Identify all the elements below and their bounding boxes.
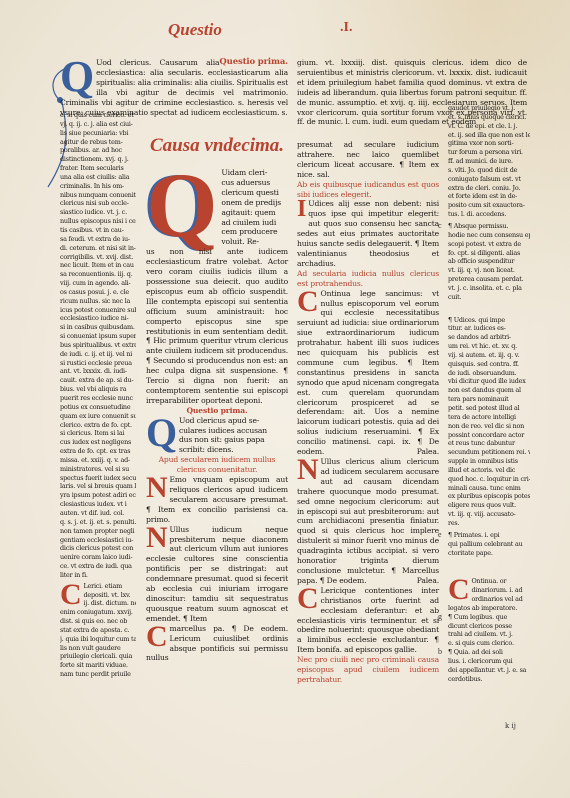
initial-q-blue-2: Q [146,416,177,450]
text-line: culares iudices accusan [179,426,288,436]
gloss-line: frater. Item secularis [60,164,136,173]
gloss-line: si clericus. Item si lai [60,429,136,438]
gloss-line: dicis clericus potest con [60,544,136,553]
gloss-line: fo. cpt. si diligenti. alias [448,249,530,258]
gloss-line: bius. vel vbi aliquis ra [60,385,136,394]
gloss-line: e. si quis cum clerico. et [60,111,136,120]
gloss-line: criminalis. In his om- [60,182,136,191]
gloss-line: siastico iudice. vt. j. c. [60,208,136,217]
gloss-line: nullus episcopus nisi i cer- [60,217,136,226]
col-b-rubric-3: Nec pro ciuili nec pro criminali causa e… [297,655,439,685]
right-gloss-c-lines: ¶ Absque permissu.hodie nec cum consensu… [448,222,530,302]
gloss-line: preterea causam perdat. [448,275,530,284]
initial-c-red: C [60,582,81,608]
gloss-line: una alia est ciuilis: alia [60,173,136,182]
gloss-line: os casus posui. j. e. cle [60,288,136,297]
gloss-line: distinctionem. xvj. q. j. [60,155,136,164]
gloss-line: tur forum a persona viri. [448,148,530,157]
palea-1: Palea. [417,447,439,457]
gloss-line: s. vlti. Jo. quod dicit de [448,166,530,175]
gloss-line: vt. j. c. insolita. et. c. pla [448,284,530,293]
left-gloss-column: e. si quis cum clerico. etvj. q. ij. c. … [60,111,136,679]
gloss-line: vt. iij. q. viij. accusato- [448,510,530,519]
gloss-line: laris. vel si breuis quam la [60,482,136,491]
col-a-body: us non nisi ante iudicem ecclesiasticum … [146,247,288,406]
marker-c: c [438,222,441,231]
initial-q-red-blue: Q [146,166,217,244]
gloss-line: bus spiritualibus. vt extra [60,341,136,350]
gloss-line: se dandos ad arbitri- [448,333,530,342]
gloss-line: gentiam ecclesiastici iu- [60,536,136,545]
initial-c2-red-b: C [297,586,319,612]
main-column-a: Q Uidam cleri-cus aduersusclericum quest… [146,168,288,663]
gloss-line: non tamen propter negli [60,527,136,536]
text-line: Uidam cleri- [221,168,288,178]
initial-n-red: N [146,475,168,501]
gloss-line: nibus nunquam conuenitur [60,191,136,200]
gloss-line: ce. vt extra de iudi. qua [60,562,136,571]
text-line: clericum questi [221,188,288,198]
gloss-line: yra ipsum potest adiri ec [60,491,136,500]
gloss-line: liter in fi. [60,571,136,580]
gloss-line: petit. sed potest illud al [448,404,530,413]
col-b-rubric-2: Ad secularia iudicia nullus clericus est… [297,269,439,289]
gloss-line: secundum petitionem rei. vel [448,448,530,457]
gloss-line: quam ex iure conuenit sub [60,412,136,421]
gloss-line: cerdotibus. [448,675,530,684]
text-line: onem de predijs [221,198,288,208]
initial-i-red: I [297,199,306,219]
gloss-line: non de reo. vel dic si non [448,422,530,431]
running-head-questio: Questio [168,20,222,40]
gloss-line: di. ceterum. et nisi sit in- [60,244,136,253]
gloss-line: gitima vxor non sorti- [448,139,530,148]
text-line: agitauit: quem [221,208,288,218]
gloss-line: dicunt clericos posse [448,622,530,631]
gloss-line: dinariorum. i. ad [471,586,530,595]
col-a-q2: Q Uod clericus apud se-culares iudices a… [146,416,288,456]
gloss-line: lis siue pecuniaria: vbi [60,129,136,138]
gloss-line: spectus fuerit iudex secu [60,474,136,483]
gloss-line: depositi. vt. lxv. [83,591,136,600]
gloss-line: ij. dist. dictum. nec [83,599,136,608]
gloss-line: ant. vt. lxxxix. di. iudi- [60,367,136,376]
gloss-line: non est dandus quem al [448,386,530,395]
gloss-line: sa reconuentionis. iij. q. [60,270,136,279]
col-b-c-paragraph: C Ontinua lege sancimus: vt nullus episc… [297,289,439,457]
gloss-line: si in casibus quibusdam. vt [60,323,136,332]
gloss-line: qui pallium celebrant au [448,540,530,549]
gloss-line: vj. q. ij. c. j. alia est ciui- [60,120,136,129]
gloss-line: dei appellantur. vt. j. e. sa [448,666,530,675]
right-gloss-iudices: ¶ Udices. qui impetitur. ar. iudices es-… [448,316,530,528]
gloss-line: ex pluribus episcopis potest [448,492,530,501]
gloss-line: ff. ad munici. de iure. [448,157,530,166]
gloss-line: res. [448,519,530,528]
gloss-line: de iudi. c. ij. et iij. vel ni [60,350,136,359]
initial-n-red-b: N [297,457,319,483]
text-line: dus non sit: gaius papa [179,435,288,445]
gloss-line: minali causa. tunc enim [448,484,530,493]
main-column-b: presumat ad seculare iudicium attrahere.… [297,140,439,685]
gloss-line: nam tunc perdit priuile [60,670,136,679]
gloss-line: clericus nisi sub eccle- [60,199,136,208]
col-b-rubric-1: Ab eis quibusque iudicandus est quos sib… [297,180,439,200]
gloss-line: et. ij. sed illa que non est le- [448,131,530,140]
gloss-line: ctoritate pape. [448,549,530,558]
right-gloss-b-lines: ¶ Quia. ad dei solilius. i. clericorum q… [448,648,530,683]
col-b-i-paragraph: I Udices alij esse non debent: nisi quos… [297,199,439,268]
gloss-line: clesiasticus iudex. vt i [60,500,136,509]
left-gloss-lines: e. si quis cum clerico. etvj. q. ij. c. … [60,111,136,580]
gloss-line: gaudet priuilegio vt. j. [448,104,530,113]
col-b-n-paragraph: N Ullus clericus alium clericum ad iudic… [297,457,439,586]
gloss-line: si conueniat ipsum super de [60,332,136,341]
col-b-i-text: Udices alij esse non debent: nisi quos i… [297,199,439,267]
running-head-number: .I. [340,20,352,36]
text-line: cem producere [221,227,288,237]
gloss-line: stat extra de aposta. c. [60,626,136,635]
gloss-line: vij. si autem. et. iij. q. v. [448,351,530,360]
right-gloss-c: c ¶ Absque permissu.hodie nec cum consen… [448,222,530,302]
gloss-line: tus. l. di. accedens. [448,210,530,219]
gloss-line: et forte idem est in de- [448,192,530,201]
col-a-intro: Q Uidam cleri-cus aduersusclericum quest… [146,168,288,247]
left-gloss-lower: C Lerici. etiamdepositi. vt. lxv.ij. dis… [60,582,136,679]
manuscript-page: Questio .I. Q Questio prima. Uod clericu… [0,0,570,798]
right-gloss-iudices-lines: ¶ Udices. qui impetitur. ar. iudices es-… [448,316,530,528]
col-a-n2-paragraph: N Ullus iudicum neque presbiterum neque … [146,525,288,624]
gloss-line: illud et actoris. vel dic [448,466,530,475]
gloss-line: legatos ab imperatore. [448,604,530,613]
gloss-line: titur. ar. iudices es- [448,324,530,333]
text-line: scribit: dicens. [179,445,288,455]
col-b-c2-paragraph: C Lericique contentiones inter christian… [297,586,439,655]
col-a-n-paragraph: N Emo vnquam episcopum aut reliquos cler… [146,475,288,525]
initial-c-red-gloss: C [448,577,469,603]
initial-q-blue: Q [60,58,94,95]
gloss-line: dist. si quis eo. nec ob [60,617,136,626]
gloss-line: uenire coram laico iudi- [60,553,136,562]
gloss-line: ¶ Udices. qui impe [448,316,530,325]
gloss-line: ¶ Primates. i. epi [448,531,530,540]
text-line: voluit. Re- [221,237,288,247]
gloss-line: viij. cum in agendo. ali- [60,279,136,288]
gloss-line: Lerici. etiam [83,582,136,591]
gloss-line: possint concordare actor [448,431,530,440]
gloss-line: tera de actore intelligi [448,413,530,422]
gloss-line: poralibus. ar. ad hoc [60,146,136,155]
col-b-intro: presumat ad seculare iudicium attrahere.… [297,140,439,180]
gloss-line: et. s. filius quoque clerici. [448,113,530,122]
gloss-line: sa feudi. vt extra de iu- [60,235,136,244]
signature-mark: k ij [505,722,516,730]
gloss-line: posito cum sit exauctora- [448,201,530,210]
gloss-line: lius. i. clericorum qui [448,657,530,666]
gloss-line: q. s. j. et. ij. et. s. penulti. [60,518,136,527]
gloss-line: ¶ Absque permissu. [448,222,530,231]
gloss-line: extra de fo. cpt. ex tras [60,447,136,456]
gloss-line: ordinarios vel ad [471,595,530,604]
gloss-line: tis casibus. vt in cau- [60,226,136,235]
gloss-line: si rustici ecclesie preua [60,359,136,368]
gloss-line: ¶ Cum legibus. que [448,613,530,622]
gloss-line: priuilegio clericali. quia [60,652,136,661]
palea-2: Palea. [417,576,439,586]
right-gloss-top: gaudet priuilegio vt. j.et. s. filius qu… [448,104,530,219]
questio-prima-rubric: Questio prima. [219,58,288,68]
gloss-line: eligere reus quos vult. [448,501,530,510]
text-line: ad ciuilem iudi [221,218,288,228]
gloss-line: e. si quis cum clerico. [448,639,530,648]
text-line: Uod clericus apud se- [179,416,288,426]
gloss-line: ab officio suspenditur [448,257,530,266]
gloss-line: j. quia ibi loquitur cum ta [60,635,136,644]
gloss-line: vt. iij. q. vj. non liceat. [448,266,530,275]
gloss-line: vbi dicitur quod ille iudex [448,377,530,386]
gloss-line: hodie nec cum consensu epi [448,231,530,240]
gloss-line: missa. et. xxiij. q. v. ad- [60,456,136,465]
gloss-line: coniugato falsum est. vt [448,175,530,184]
gloss-line: forte sit mariti viduae. [60,661,136,670]
gloss-line: cauit. extra de ap. si du- [60,376,136,385]
gloss-line: tera pars nominauit [448,395,530,404]
right-gloss-g-lines: ¶ Cum legibus. quedicunt clericos posset… [448,613,530,648]
gloss-line: ricum nullus. sic nec la [60,297,136,306]
gloss-line: icus potest conuenire sub [60,306,136,315]
marker-b: b [438,648,442,657]
gloss-line: agitur de rebus tem- [60,138,136,147]
gloss-line: de iudi. obseruandum. [448,369,530,378]
initial-n2-red: N [146,525,168,551]
gloss-line: ¶ Quia. ad dei soli [448,648,530,657]
gloss-line: et reus tunc dabuntur [448,439,530,448]
right-gloss-column: gaudet priuilegio vt. j.et. s. filius qu… [448,104,530,683]
initial-c-red-a: C [146,624,168,650]
right-gloss-o: C Ontinua. ordinariorum. i. adordinarios… [448,577,530,612]
right-gloss-e: e ¶ Primates. i. epiqui pallium celebran… [448,531,530,558]
gloss-line: quisquis. sed contra. ff. [448,360,530,369]
gloss-line: vt. C. de epi. et cle. l. j. [448,122,530,131]
right-gloss-g: g ¶ Cum legibus. quedicunt clericos poss… [448,613,530,648]
gloss-line: trahi ad ciuilem. vt. j. [448,630,530,639]
gloss-line: potius ex consuetudine [60,403,136,412]
top-band-left: Q Questio prima. Uod clericus. Causarum … [60,58,288,117]
gloss-line: cuit. [448,293,530,302]
col-a-c-paragraph: C marcellus pa. ¶ De eodem. Lericum cuiu… [146,624,288,664]
gloss-line: Ontinua. or [471,577,530,586]
text-line: cus aduersus [221,178,288,188]
gloss-line: ministratores. vel si su [60,465,136,474]
gloss-line: puerit res ecclesie nunc [60,394,136,403]
gloss-line: um rei. vt hic. et. xv. q. [448,342,530,351]
gloss-line: scopi potest. vt extra de [448,240,530,249]
gloss-line: lis non vult gaudere [60,644,136,653]
gloss-line: quod hoc. c. loquitur in cri- [448,475,530,484]
gloss-line: ecclesiastico iudice ni- [60,314,136,323]
initial-c-red-b: C [297,289,319,315]
gloss-line: auten. vt dif. iud. col. [60,509,136,518]
gloss-line: cus iudex est negligens [60,438,136,447]
gloss-line: clerico. extra de fo. cpt. [60,421,136,430]
right-gloss-e-lines: ¶ Primates. i. epiqui pallium celebrant … [448,531,530,558]
gloss-line: extra de cleri. coniu. Jo. [448,184,530,193]
gloss-line: corrigibilis. vt. xvij. dist. [60,253,136,262]
gloss-line: nec licuit. Item et in cau [60,261,136,270]
gloss-line: supple in omnibus istis [448,457,530,466]
marker-g: g [438,613,442,622]
gloss-line: enim coniugatum. xxvij. [60,608,136,617]
right-gloss-b: b ¶ Quia. ad dei solilius. i. clericorum… [448,648,530,683]
marker-e: e [438,531,441,540]
